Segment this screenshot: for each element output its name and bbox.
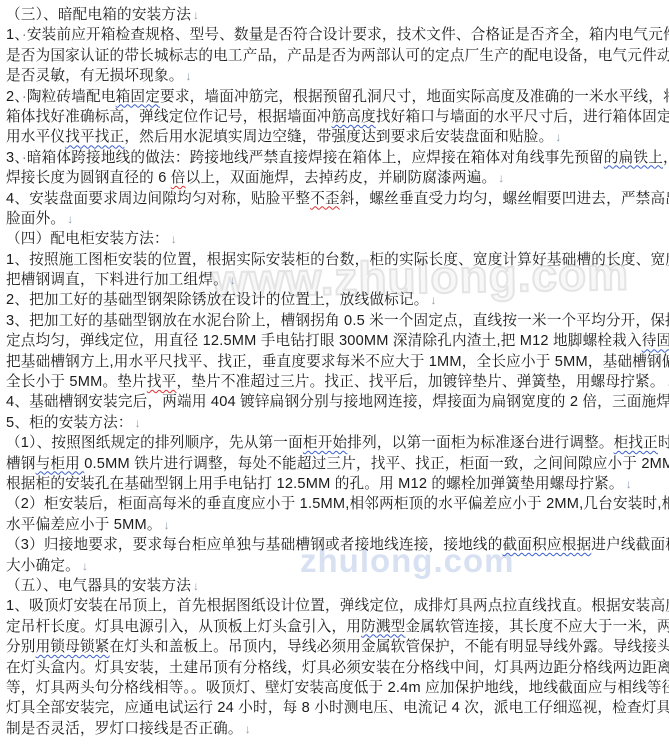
paragraph-mark-icon: ↓ [193, 579, 199, 593]
text-run: 2、把加工好的基础型钢架除锈放在设计的位置上，放线做标记。 [6, 292, 429, 308]
paragraph-mark-icon: ↓ [626, 477, 632, 491]
text-line: （四）配电柜安装方法：↓ [6, 229, 665, 249]
format-check-underline: 截面积应根据 [503, 537, 592, 553]
text-line: 脸面外。↓ [6, 209, 665, 229]
text-run: 1、 [6, 27, 22, 43]
text-run: 水平偏差应小于 5MM。 [6, 517, 162, 533]
text-run: 是否灵敏，有无损坏现象。 [6, 68, 184, 84]
text-line: 2、把加工好的基础型钢架除锈放在设计的位置上，放线做标记。↓ [6, 290, 665, 310]
spellcheck-underline: 倍 [171, 170, 186, 186]
text-line: 4、安装盘面要求周边间隙均匀对称，贴脸平整不歪斜，螺丝垂直受力均匀，螺丝帽要凹进… [6, 189, 665, 209]
text-run: 4、基础槽钢安装完后，两端用 404 镀锌扁钢分别与接地网连接，焊接面为扁钢宽度… [6, 394, 669, 410]
paragraph-mark-icon: ↓ [186, 69, 192, 83]
text-line: 箱体找好准确标高，弹线定位作记号，根据墙面冲筋高度找好箱口与墙面的水平尺寸后，进… [6, 107, 665, 127]
text-run: 金属软管连接，其长度不应大于一米，两端 [405, 619, 669, 635]
text-run: 制是否灵活，罗灯口接线是否正确。 [6, 721, 243, 737]
text-run: 斜，螺丝垂直受力均匀，螺丝帽要凹进去，严禁高出贴 [340, 191, 669, 207]
paragraph-mark-icon: ↓ [431, 293, 437, 307]
text-run: 把槽钢调直，下料进行加工组焊。 [6, 272, 228, 288]
text-run: 时， [658, 435, 669, 451]
text-line: 3、·暗箱体跨接地线的做法：跨接地线严禁直接焊接在箱体上，应焊接在箱体对角线事先… [6, 148, 665, 168]
text-run: 1、吸顶灯安装在吊顶上，首先根据图纸设计位置，弹线定位，成排灯具两点拉直线找直。… [6, 598, 669, 614]
text-run: 是否为国家认证的带长城标志的电工产品，产品是否为两部认可的定点厂生产的配电设备，… [6, 48, 669, 64]
text-line: 是否为国家认证的带长城标志的电工产品，产品是否为两部认可的定点厂生产的配电设备，… [6, 46, 665, 66]
format-check-underline: 箱固定 [116, 89, 160, 105]
paragraph-mark-icon: ↓ [555, 130, 561, 144]
text-run: 排列，以第一面柜为标准逐台进行调整。 [347, 435, 613, 451]
paragraph-mark-icon: ↓ [171, 232, 177, 246]
text-line: 灯具全部安装完，应通电试运行 24 小时，每 8 小时测电压、电流记 4 次，派… [6, 698, 665, 718]
paragraph-mark-icon: ↓ [498, 171, 504, 185]
text-run: 在灯头盒内。灯具安装，土建吊顶有分格线，灯具必须安装在分格线中间，灯具两边距分格… [6, 660, 669, 676]
paragraph-mark-icon: ↓ [230, 273, 236, 287]
text-line: 1、·安装前应开箱检查规格、型号、数量是否符合设计要求，技术文件、合格证是否齐全… [6, 25, 665, 45]
text-run: 2、 [6, 89, 22, 105]
paragraph-mark-icon: ↓ [245, 722, 251, 736]
text-run: （1）、按照图纸规定的排列顺序，先从第一面 [6, 435, 303, 451]
text-run: 用水平仪 [6, 129, 65, 145]
text-run: 槽钢 [6, 456, 36, 472]
text-run: 等，灯具两头句分格线相等。。吸顶灯、壁灯安装高度低于 2.4m 应加保护地线，地… [6, 680, 669, 696]
text-line: 在灯头盒内。灯具安装，土建吊顶有分格线，灯具必须安装在分格线中间，灯具两边距分格… [6, 658, 665, 678]
document-body: （三）、暗配电箱的安装方法↓1、·安装前应开箱检查规格、型号、数量是否符合设计要… [0, 0, 669, 739]
format-check-underline: 找平找正 [65, 129, 124, 145]
text-line: （3）归接地要求，要求每台柜应单独与基础槽钢或者接地线连接，接地线的截面积应根据… [6, 535, 665, 555]
text-run: 全长小于 5MM。垫片 [6, 374, 147, 390]
paragraph-mark-icon: ↓ [82, 559, 88, 573]
text-line: 1、按照施工图柜安装的位置，根据实际安装柜的台数，柜的实际长度、宽度计算好基础槽… [6, 250, 665, 270]
text-line: 2、·陶粒砖墙配电箱固定要求，墙面冲筋完，根据预留孔洞尺寸，地面实际高度及准确的… [6, 87, 665, 107]
format-check-underline: 用锁母锁紧 [36, 639, 110, 655]
text-run: ，垫片不准超过三片。找正、找平后，加镀锌垫片、弹簧垫，用螺母拧紧。 [176, 374, 664, 390]
text-run: 找好箱口与墙面的水平尺寸后，进行箱体固定， [376, 109, 669, 125]
text-line: 5、柜的安装方法：↓ [6, 413, 665, 433]
text-run: 要求，墙面冲筋完，根据预留孔洞尺寸，地面实际高度及准确的一米水平线，将 [160, 89, 669, 105]
paragraph-mark-icon: ↓ [193, 8, 199, 22]
text-line: 水平偏差应小于 5MM。↓ [6, 515, 665, 535]
text-run: 定吊杆长度。灯具电源引入，从顶板上灯头盒引入，用 [6, 619, 361, 635]
text-line: 全长小于 5MM。垫片找平，垫片不准超过三片。找正、找平后，加镀锌垫片、弹簧垫，… [6, 372, 665, 392]
text-run: 陶粒砖墙配电 [27, 89, 116, 105]
spellcheck-underline: 找平 [147, 374, 177, 390]
text-line: 大小确定。↓ [6, 556, 665, 576]
text-run: 1、按照施工图柜安装的位置，根据实际安装柜的台数，柜的实际长度、宽度计算好基础槽… [6, 252, 669, 268]
text-run: 定点均匀，弹线定位，用直径 12.5MM 手电钻打眼 300MM 深清除孔内渣土… [6, 333, 642, 349]
text-line: 定点均匀，弹线定位，用直径 12.5MM 手电钻打眼 300MM 深清除孔内渣土… [6, 331, 665, 351]
text-run: （五）、电气器具的安装方法 [6, 578, 191, 594]
format-check-underline: 防溅型 [361, 619, 405, 635]
text-run: 脸面外。 [6, 211, 65, 227]
paragraph-mark-icon: ↓ [164, 518, 170, 532]
text-run: 箱体找好准确标高，弹线定位作记号，根据墙面冲 [6, 109, 331, 125]
text-run: ， [663, 150, 669, 166]
text-run: （三）、暗配电箱的安装方法 [6, 7, 191, 23]
text-line: （五）、电气器具的安装方法↓ [6, 576, 665, 596]
text-run: 分别 [6, 639, 36, 655]
text-run: 进户线截面积的 [591, 537, 669, 553]
format-check-underline: 待固定 [642, 333, 669, 349]
text-run: （2）柜安装后，柜面高每米的垂直度应小于 1.5MM,相邻两柜顶的水平偏差应小于… [6, 496, 669, 512]
text-run: 灯具全部安装完，应通电试运行 24 小时，每 8 小时测电压、电流记 4 次，派… [6, 700, 669, 716]
text-run: 把基础槽钢方上,用水平尺找平、找正，垂直度要求每米不应大于 1MM，全长应小于 … [6, 354, 669, 370]
text-line: 用水平仪找平找正，然后用水泥填实周边空缝，带强度达到要求后安装盘面和贴脸。↓ [6, 127, 665, 147]
text-run: 3、把加工好的基础型钢放在水泥台阶上，槽钢拐角 0.5 米一个固定点，直线按一米… [6, 313, 669, 329]
text-run: 暗箱体跨接地线的做法：跨接地线严禁直接焊接在箱体上，应焊接在箱体对角线事先预留 [27, 150, 604, 166]
text-run: 大小确定。 [6, 558, 80, 574]
text-run: 0.5MM 铁片进行调整，每处不能超过三片，找平、找正，柜面一致，之间间隙应小于… [84, 456, 669, 472]
text-run: 4、安装盘面要求周边间隙均匀对称，贴脸平整 [6, 191, 310, 207]
paragraph-mark-icon: ↓ [67, 212, 73, 226]
format-check-underline: 柜开始 [303, 435, 347, 451]
format-check-underline: 柜找正 [614, 435, 658, 451]
text-run: 在灯头和盖板上。吊顶内，导线必须用金属软管保护，不能有明显导线外露。导线接头放 [110, 639, 669, 655]
text-line: 槽钢与柜用 0.5MM 铁片进行调整，每处不能超过三片，找平、找正，柜面一致，之… [6, 454, 665, 474]
text-line: （三）、暗配电箱的安装方法↓ [6, 5, 665, 25]
text-run: 根据柜的安装孔在基础型钢上用手电钻打 12.5MM 的孔。用 M12 的螺栓加弹… [6, 476, 624, 492]
text-line: 定吊杆长度。灯具电源引入，从顶板上灯头盒引入，用防溅型金属软管连接，其长度不应大… [6, 617, 665, 637]
text-line: 等，灯具两头句分格线相等。。吸顶灯、壁灯安装高度低于 2.4m 应加保护地线，地… [6, 678, 665, 698]
text-line: （2）柜安装后，柜面高每米的垂直度应小于 1.5MM,相邻两柜顶的水平偏差应小于… [6, 494, 665, 514]
text-run: （3）归接地要求，要求每台柜应单独与基础槽钢或者接地线连接，接地线的 [6, 537, 503, 553]
text-line: 1、吸顶灯安装在吊顶上，首先根据图纸设计位置，弹线定位，成排灯具两点拉直线找直。… [6, 596, 665, 616]
text-run: 安装前应开箱检查规格、型号、数量是否符合设计要求，技术文件、合格证是否齐全，箱内… [27, 27, 669, 43]
text-line: （1）、按照图纸规定的排列顺序，先从第一面柜开始排列，以第一面柜为标准逐台进行调… [6, 433, 665, 453]
text-line: 是否灵敏，有无损坏现象。↓ [6, 66, 665, 86]
text-line: 把槽钢调直，下料进行加工组焊。↓ [6, 270, 665, 290]
text-run: 以上，双面施焊，去掉药皮，并刷防腐漆两遍。 [186, 170, 497, 186]
text-line: 制是否灵活，罗灯口接线是否正确。↓ [6, 719, 665, 739]
text-run: ，然后用水泥填实周边空缝，带强度达到要求后安装盘面和贴脸。 [124, 129, 553, 145]
text-line: 焊接长度为圆钢直径的 6 倍以上，双面施焊，去掉药皮，并刷防腐漆两遍。↓ [6, 168, 665, 188]
text-line: 4、基础槽钢安装完后，两端用 404 镀锌扁钢分别与接地网连接，焊接面为扁钢宽度… [6, 392, 665, 412]
text-run: 3、 [6, 150, 22, 166]
format-check-underline: 与柜用 [36, 456, 85, 472]
text-line: 3、把加工好的基础型钢放在水泥台阶上，槽钢拐角 0.5 米一个固定点，直线按一米… [6, 311, 665, 331]
text-line: 把基础槽钢方上,用水平尺找平、找正，垂直度要求每米不应大于 1MM，全长应小于 … [6, 352, 665, 372]
text-line: 根据柜的安装孔在基础型钢上用手电钻打 12.5MM 的孔。用 M12 的螺栓加弹… [6, 474, 665, 494]
text-run: （四）配电柜安装方法： [6, 231, 169, 247]
text-run: 焊接长度为圆钢直径的 6 [6, 170, 171, 186]
text-run: 5、柜的安装方法： [6, 415, 133, 431]
format-check-underline: 筋高度 [331, 109, 375, 125]
text-line: 分别用锁母锁紧在灯头和盖板上。吊顶内，导线必须用金属软管保护，不能有明显导线外露… [6, 637, 665, 657]
format-check-underline: 的扁铁上 [604, 150, 663, 166]
paragraph-mark-icon: ↓ [135, 416, 141, 430]
spellcheck-underline: 不歪 [310, 191, 340, 207]
